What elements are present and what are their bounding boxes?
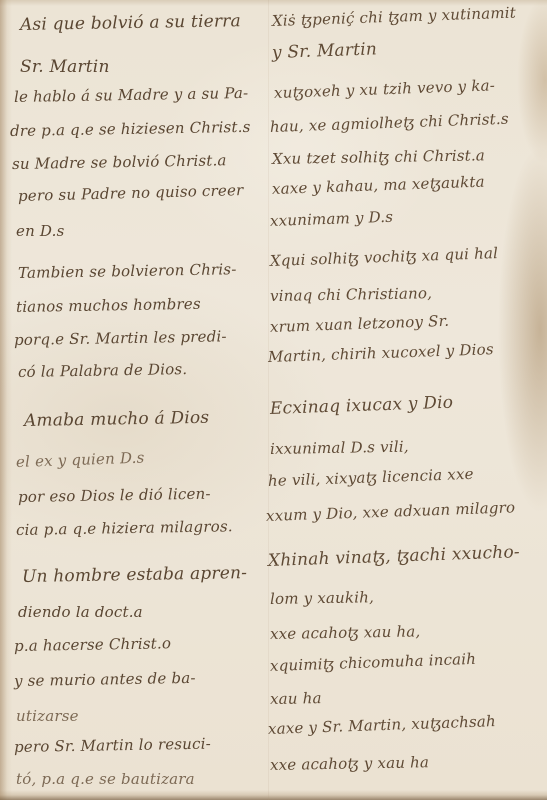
- left-line: Un hombre estaba apren-: [22, 564, 247, 586]
- left-line: Sr. Martin: [20, 58, 110, 76]
- right-line: he vili, xixyaꜩ licencia xxe: [268, 465, 474, 490]
- left-line: p.a hacerse Christ.o: [14, 634, 171, 655]
- left-line: le hablo á su Madre y a su Pa-: [14, 84, 249, 106]
- right-line: vinaq chi Christiano,: [270, 284, 432, 305]
- left-line: utizarse: [16, 707, 79, 725]
- left-line: y se murio antes de ba-: [14, 669, 196, 690]
- manuscript-page: Asi que bolvió a su tierra Sr. Martin le…: [0, 0, 547, 800]
- left-line: su Madre se bolvió Christ.a: [12, 151, 227, 173]
- right-line: lom y xaukih,: [270, 588, 374, 608]
- right-line: xaxe y Sr. Martin, xuꜩachsah: [268, 712, 496, 738]
- right-line: hau, xe agmiolheꜩ chi Christ.s: [270, 110, 509, 136]
- right-line: Ecxinaq ixucax y Dio: [270, 394, 454, 418]
- right-line: Xqui solhiꜩ vochiꜩ xa qui hal: [270, 244, 499, 270]
- left-line: tianos muchos hombres: [16, 295, 201, 316]
- left-line: dre p.a q.e se hiziesen Christ.s: [10, 118, 251, 140]
- right-line: y Sr. Martin: [272, 40, 378, 62]
- right-line: Xxu tzet solhiꜩ chi Christ.a: [272, 146, 485, 168]
- left-line: cia p.a q.e hiziera milagros.: [16, 517, 233, 539]
- left-line: en D.s: [16, 222, 64, 240]
- right-line: Xiṡ ꜩpeniḉ chi ꜩam y xutinamit: [272, 3, 517, 30]
- right-line: xxe acahoꜩ y xau ha: [270, 753, 429, 774]
- page-left-edge: [0, 0, 12, 800]
- left-line: pero su Padre no quiso creer: [18, 181, 244, 205]
- left-line: Tambien se bolvieron Chris-: [18, 260, 237, 282]
- left-line: có la Palabra de Dios.: [18, 360, 188, 381]
- page-bottom-edge: [0, 790, 547, 800]
- left-line: porq.e Sr. Martin les predi-: [14, 327, 227, 349]
- right-line: Martin, chirih xucoxel y Dios: [268, 340, 494, 366]
- right-line: xxe acahoꜩ xau ha,: [270, 622, 421, 643]
- right-line: xquimiꜩ chicomuha incaih: [270, 650, 477, 675]
- left-line: Amaba mucho á Dios: [24, 409, 210, 430]
- left-line: pero Sr. Martin lo resuci-: [14, 735, 211, 756]
- left-line: tó, p.a q.e se bautizara: [16, 770, 195, 788]
- right-line: xaxe y kahau, ma xeꜩaukta: [272, 173, 485, 198]
- right-line: ixxunimal D.s vili,: [270, 438, 409, 458]
- left-line: el ex y quien D.s: [16, 449, 145, 471]
- left-line: por eso Dios le dió licen-: [18, 485, 211, 506]
- right-line: xau ha: [270, 689, 322, 708]
- left-line: Asi que bolvió a su tierra: [20, 12, 241, 34]
- right-line: Xhinah vinaꜩ, ꜩachi xxucho-: [268, 543, 520, 570]
- right-line: xxum y Dio, xxe adxuan milagro: [266, 498, 516, 525]
- left-line: diendo la doct.a: [18, 603, 143, 621]
- right-line: xxunimam y D.s: [270, 208, 394, 230]
- right-line: xuꜩoxeh y xu tzih vevo y ka-: [274, 76, 496, 102]
- right-line: xrum xuan letzonoy Sr.: [270, 312, 450, 336]
